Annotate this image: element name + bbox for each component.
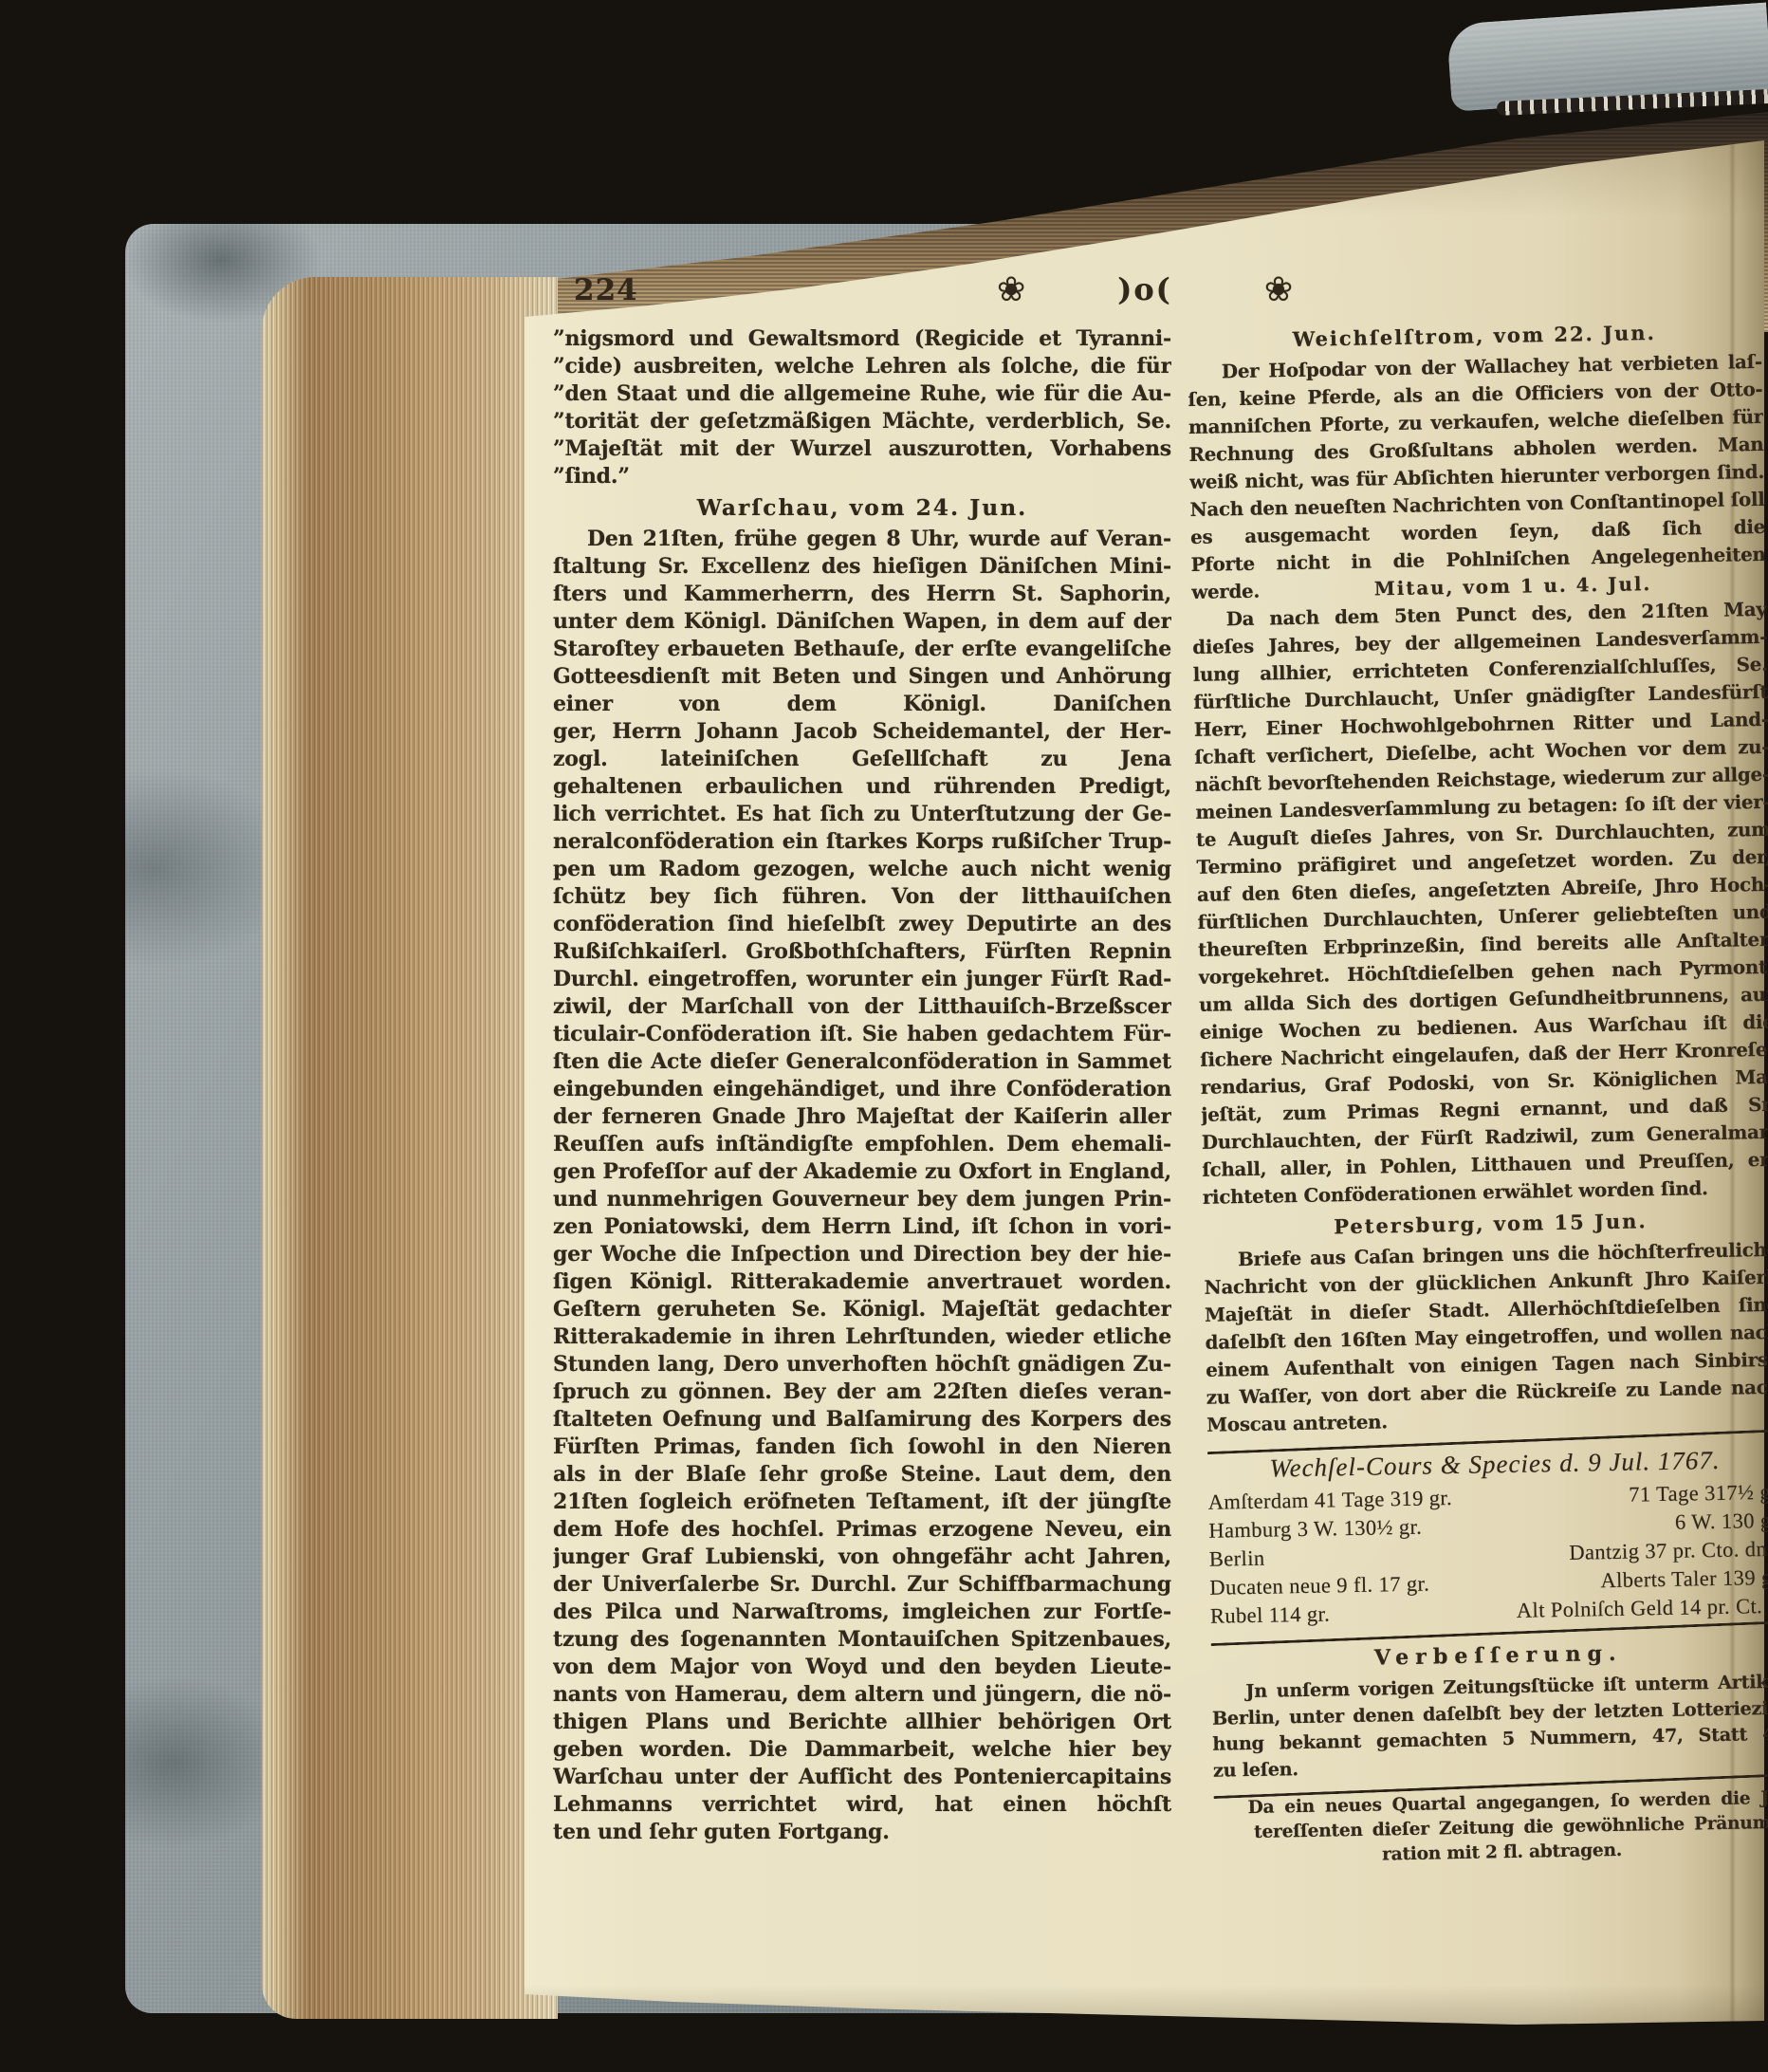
text-line: nants von Hamerau, dem altern und jünger… [553,1681,1171,1709]
text-line: pen um Radom gezogen, welche auch nicht … [553,856,1171,883]
exchange-cell-left: Rubel 114 gr. [1210,1600,1331,1630]
text-line: Ritterakademie in ihren Lehrſtunden, wie… [553,1323,1171,1351]
text-line: ſchütz bey ſich führen. Von der litthaui… [553,883,1171,911]
text-line: Den 21ſten, frühe gegen 8 Uhr, wurde auf… [553,526,1171,553]
text-line: Geſtern geruheten Se. Königl. Majeſtät g… [553,1296,1171,1323]
header-ornaments: ❀ )o( ❀ [997,271,1293,307]
exchange-cell-right: Alt Polniſch Geld 14 pr. Ct. d. [1517,1592,1768,1625]
petersburg-article: Briefe aus Caſan bringen uns die höchſte… [1204,1236,1768,1439]
text-line: Fürſten Primas, fanden ſich ſowohl in de… [553,1434,1171,1461]
text-line: Warſchau unter der Aufſicht des Pontenie… [553,1764,1171,1791]
text-line: und nunmehrigen Gouverneur bey dem junge… [553,1186,1171,1213]
text-line: ”den Staat und die allgemeine Ruhe, wie … [553,380,1171,408]
exchange-cell-right: 71 Tage 317½ gr. [1629,1478,1768,1509]
text-line: ”ſind.” [553,463,1171,490]
text-line: junger Graf Lubienski, von ohngefähr ach… [553,1544,1171,1571]
text-line: zogl. lateiniſchen Geſellſchaft zu Jena … [553,746,1171,773]
text-line: ten und ſehr guten Fortgang. [553,1819,1171,1846]
text-line: dem Hofe des hochſel. Primas erzogene Ne… [553,1516,1171,1544]
text-line: ſigen Königl. Ritterakademie anvertrauet… [553,1268,1171,1296]
floral-ornament-icon: ❀ [997,272,1025,306]
text-line: gen Profeſſor auf der Akademie zu Oxfort… [553,1158,1171,1186]
text-line: ſpruch zu gönnen. Bey der am 22ſten dieſ… [553,1378,1171,1406]
book-headband [1446,3,1768,112]
exchange-cell-left: Hamburg 3 W. 130½ gr. [1208,1513,1422,1545]
text-line: Stunden lang, Dero unverhoften höchſt gn… [553,1351,1171,1378]
text-line: gehaltenen erbaulichen und rührenden Pre… [553,773,1171,801]
text-line: Staroſtey erbaueten Bethauſe, der erſte … [553,636,1171,663]
text-line: Gotteesdienſt mit Beten und Singen und A… [553,663,1171,691]
exchange-cell-left: Berlin [1209,1545,1265,1574]
floral-ornament-icon: ❀ [1264,272,1293,306]
text-line: ”nigsmord und Gewaltsmord (Regicide et T… [553,325,1171,353]
text-line: eingebunden eingehändiget, und ihre Conf… [553,1076,1171,1103]
verbesserung-article: Jn unſerm vorigen Zeitungsſtücke iſt unt… [1211,1669,1768,1784]
exchange-cell-right: Dantzig 37 pr. Cto. dno. [1569,1535,1768,1567]
text-line: Reuſſen aufs inſtändigſte empfohlen. Dem… [553,1131,1171,1158]
text-line: unter dem Königl. Däniſchen Wapen, in de… [553,608,1171,636]
page-stack-edges [262,277,558,2019]
page-header: 224 ❀ )o( ❀ [525,271,1764,311]
text-line: von dem Major von Woyd und den beyden Li… [553,1654,1171,1681]
text-line: tzung des ſogenannten Montauiſchen Spitz… [553,1626,1171,1654]
text-line: ſtaltung Sr. Excellenz des hieſigen Däni… [553,553,1171,581]
text-line: geben worden. Die Dammarbeit, welche hie… [553,1736,1171,1764]
exchange-cell-left: Ducaten neue 9 fl. 17 gr. [1209,1570,1429,1602]
warschau-article: Den 21ſten, frühe gegen 8 Uhr, wurde auf… [553,526,1171,1846]
text-line: thigen Plans und Berichte allhier behöri… [553,1709,1171,1736]
column-separator-mark: )o( [1117,271,1172,307]
page-number: 224 [574,273,638,307]
exchange-cell-right: 6 W. 130 gr. [1675,1507,1768,1537]
text-line: einer von dem Königl. Daniſchen Geſandtſ… [553,691,1171,718]
text-line: ziwil, der Marſchall von der Litthauiſch… [553,993,1171,1021]
text-fragment: werde. [1191,578,1260,606]
weichselstrom-article: Der Hoſpodar von der Wallachey hat verbi… [1188,348,1766,579]
mitau-article: Da nach dem 5ten Punct des, den 21ſten M… [1191,596,1768,1212]
text-line: als in der Blaſe ſehr große Steine. Laut… [553,1461,1171,1489]
text-line: ſtalteten Oefnung und Balſamirung des Ko… [553,1406,1171,1434]
text-line: Rußiſchkaiſerl. Großbothſchafters, Fürſt… [553,938,1171,966]
book-photo: 224 ❀ )o( ❀ ”nigsmord und Gewaltsmord (R… [0,0,1768,2072]
text-line: zen Poniatowski, dem Herrn Lind, iſt ſch… [553,1213,1171,1241]
text-line: ſten die Acte dieſer Generalconföderatio… [553,1048,1171,1076]
page-content: 224 ❀ )o( ❀ ”nigsmord und Gewaltsmord (R… [525,131,1764,2028]
right-column: Weichſelſtrom, vom 22. Jun. Der Hoſpodar… [1187,313,1768,1871]
quoted-paragraph: ”nigsmord und Gewaltsmord (Regicide et T… [553,325,1171,490]
text-line: Durchl. eingetroffen, worunter ein junge… [553,966,1171,993]
text-line: des Pilca und Narwaſtroms, imgleichen zu… [553,1599,1171,1626]
dateline-warschau: Warſchau, vom 24. Jun. [553,492,1171,525]
left-column: ”nigsmord und Gewaltsmord (Regicide et T… [553,325,1171,1846]
exchange-table: Amſterdam 41 Tage 319 gr. 71 Tage 317½ g… [1208,1478,1768,1631]
text-line: lich verrichtet. Es hat ſich zu Unterſtu… [553,801,1171,828]
exchange-cell-left: Amſterdam 41 Tage 319 gr. [1208,1484,1453,1517]
text-line: ger, Herrn Johann Jacob Scheidemantel, d… [553,718,1171,746]
text-line: neralconföderation ein ſtarkes Korps ruß… [553,828,1171,856]
text-line: der Univerſalerbe Sr. Durchl. Zur Schiff… [553,1571,1171,1599]
text-line: ”torität der geſetzmäßigen Mächte, verde… [553,408,1171,435]
text-line: ”Majeſtät mit der Wurzel auszurotten, Vo… [553,435,1171,463]
text-line: 21ſten ſogleich eröfneten Teſtament, iſt… [553,1489,1171,1516]
text-line: conföderation ſind hieſelbſt zwey Deputi… [553,911,1171,938]
text-line: Lehmanns verrichtet wird, hat einen höch… [553,1791,1171,1819]
text-line: ”cide) ausbreiten, welche Lehren als ſol… [553,353,1171,380]
text-line: ticulair-Conföderation iſt. Sie haben ge… [553,1021,1171,1048]
text-line: ger Woche die Inſpection und Direction b… [553,1241,1171,1268]
subscription-note: Da ein neues Quartal angegangen, ſo werd… [1213,1786,1768,1871]
exchange-cell-right: Alberts Taler 139 gr. [1600,1563,1768,1596]
text-line: der ferneren Gnade Jhro Majeſtat der Kai… [553,1103,1171,1131]
text-line: ſters und Kammerherrn, des Herrn St. Sap… [553,581,1171,608]
